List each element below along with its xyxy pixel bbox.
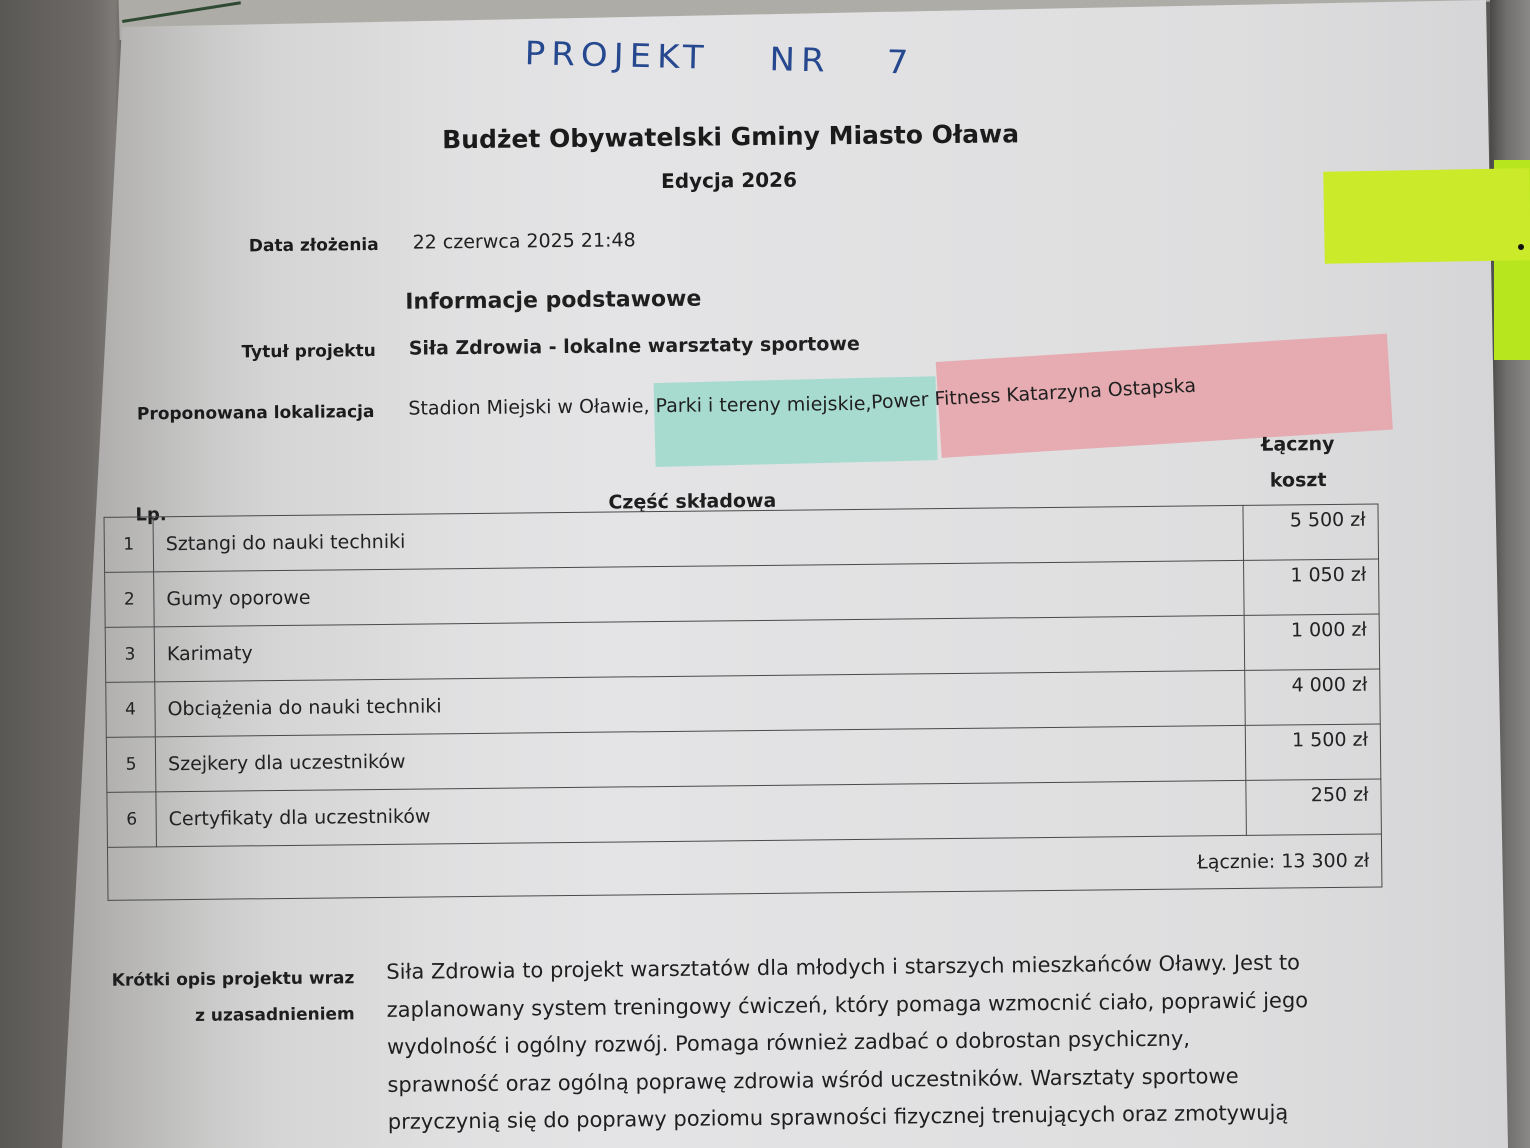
row-cost: 5 500 zł	[1243, 504, 1379, 560]
row-cost: 4 000 zł	[1245, 669, 1381, 725]
location-label: Proponowana lokalizacja	[54, 402, 374, 425]
handwritten-nr: NR	[769, 41, 831, 80]
document-edition: Edycja 2026	[0, 161, 1462, 200]
handwritten-number: 7	[886, 43, 915, 82]
description-label-line2: z uzasadnieniem	[65, 996, 355, 1035]
submission-date-label: Data złożenia	[59, 235, 379, 258]
row-cost: 1 050 zł	[1244, 559, 1380, 615]
photo-scene: PROJEKTNR7 Budżet Obywatelski Gminy Mias…	[0, 0, 1530, 1148]
description-label-line1: Krótki opis projektu wraz	[64, 960, 354, 999]
row-cost: 1 500 zł	[1245, 724, 1381, 780]
row-cost: 250 zł	[1246, 779, 1382, 835]
row-number: 3	[105, 627, 155, 683]
document-content: PROJEKTNR7 Budżet Obywatelski Gminy Mias…	[0, 0, 1530, 1148]
row-number: 5	[106, 737, 156, 793]
column-header-cost: Łączny koszt	[1243, 426, 1354, 499]
row-number: 6	[107, 792, 157, 848]
row-number: 4	[106, 682, 156, 738]
description-label: Krótki opis projektu wraz z uzasadnienie…	[64, 960, 355, 1035]
row-number: 2	[105, 572, 155, 628]
project-title-value: Siła Zdrowia - lokalne warsztaty sportow…	[409, 333, 860, 360]
project-title-label: Tytuł projektu	[56, 341, 376, 364]
description-text: Siła Zdrowia to projekt warsztatów dla m…	[386, 943, 1408, 1141]
location-parks: Parki i tereny miejskie,	[649, 393, 871, 417]
budget-table: 1Sztangi do nauki techniki5 500 zł2Gumy …	[104, 504, 1383, 901]
row-number: 1	[104, 517, 154, 573]
submission-date-value: 22 czerwca 2025 21:48	[413, 229, 636, 253]
column-header-cost-line2: koszt	[1243, 462, 1353, 499]
handwritten-word: PROJEKT	[524, 35, 710, 78]
section-title-basic-info: Informacje podstawowe	[405, 287, 701, 315]
column-header-cost-line1: Łączny	[1243, 426, 1353, 463]
location-stadium: Stadion Miejski w Oławie,	[408, 395, 649, 420]
document-title: Budżet Obywatelski Gminy Miasto Oława	[0, 115, 1466, 159]
row-cost: 1 000 zł	[1244, 614, 1380, 670]
handwritten-note: PROJEKTNR7	[524, 35, 914, 83]
